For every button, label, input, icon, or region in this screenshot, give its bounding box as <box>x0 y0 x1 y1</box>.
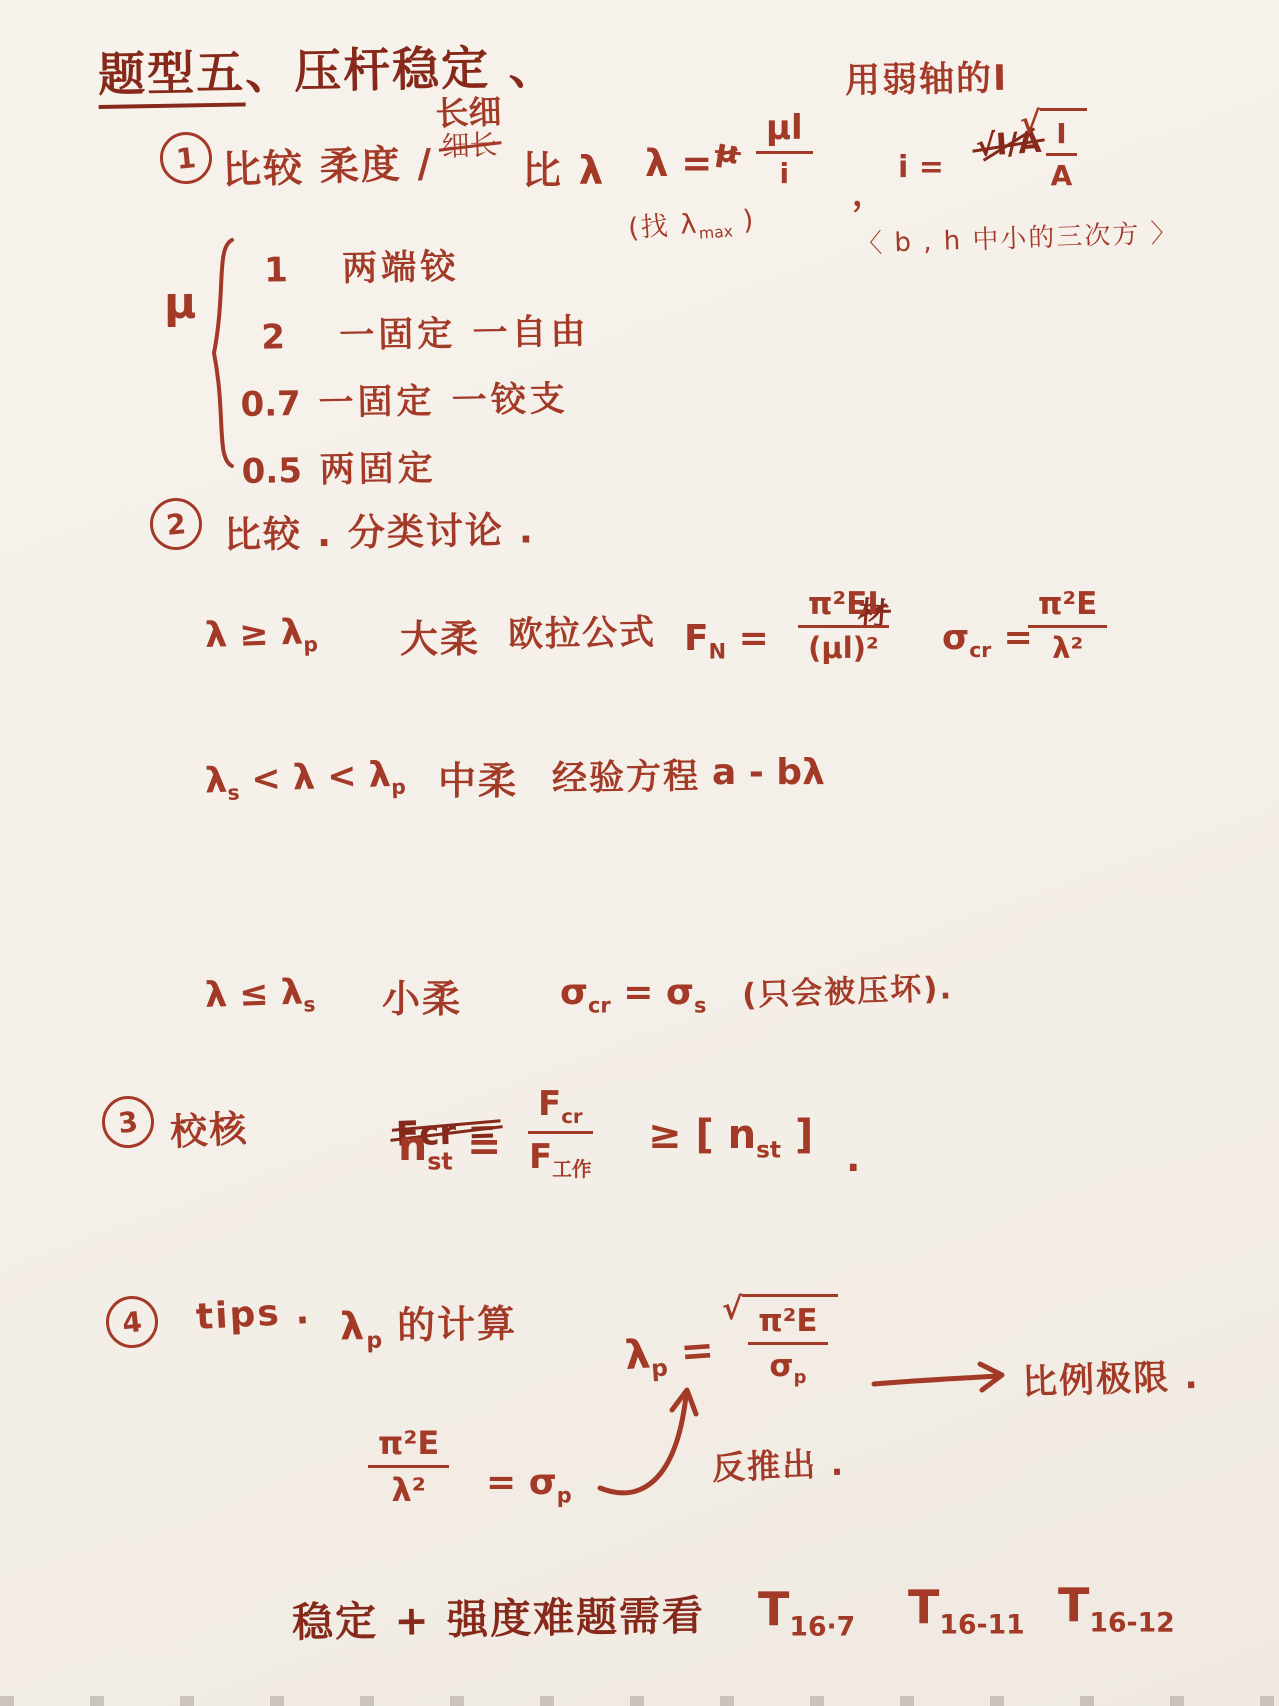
sigma-cr-lhs: σcr = <box>942 618 1033 662</box>
topic-lambda-sub: p <box>366 1329 382 1354</box>
page-title-main: 题型五 <box>98 45 246 109</box>
large-cond-main: λ ≥ λ <box>204 613 303 656</box>
radius-sqrt-num: I <box>1046 117 1076 156</box>
problem-ref: T16-11 <box>908 1580 1025 1641</box>
weak-axis-note: 用弱轴的I <box>845 51 1009 104</box>
notebook-page: 题型五、压杆稳定 、 用弱轴的I 1 比较 柔度 / 长细 细长 比 λ λ =… <box>0 0 1279 1706</box>
mu-row: 0.5 两固定 <box>241 438 592 494</box>
slenderness-eq-lhs: λ = <box>645 142 712 185</box>
radius-sqrt-den: A <box>1051 156 1073 192</box>
inverse-frac-den: λ² <box>391 1468 425 1509</box>
mid-case-condition: λs < λ < λp <box>204 755 406 806</box>
circled-1: 1 <box>157 129 214 186</box>
nst-geq-pre: ≥ [ n <box>648 1112 756 1158</box>
nst-fraction: Fcr F工作 <box>528 1084 593 1182</box>
circled-3: 3 <box>99 1093 156 1150</box>
nst-frac-num: Fcr <box>528 1084 593 1134</box>
sigma-main: σ <box>942 618 969 658</box>
comma: ， <box>852 168 885 215</box>
page-bottom-edge <box>0 1696 1279 1706</box>
circled-4: 4 <box>103 1293 160 1350</box>
lp-eq: = <box>665 1327 716 1376</box>
find-lambda-note: (找 λmax ) <box>627 198 757 248</box>
large-case-name: 大柔 <box>400 608 480 663</box>
small-case-condition: λ ≤ λs <box>204 972 316 1020</box>
inverse-frac-num: π²E <box>368 1424 449 1468</box>
nst-geq-sub: st <box>756 1136 781 1163</box>
tips-label: tips . <box>195 1291 312 1338</box>
euler-F: F <box>684 618 709 659</box>
mid-cond-b: < λ < λ <box>239 755 392 800</box>
lp-sqrt-num: π²E <box>748 1303 827 1345</box>
small-cond-a: λ ≤ λ <box>204 973 303 1016</box>
mid-cond-a-sub: s <box>227 780 240 804</box>
lambda-p-topic: λp 的计算 <box>340 1292 518 1354</box>
sigma-cr-fraction: π²E λ² <box>1028 586 1107 665</box>
mu-row: 0.7 一固定 一铰支 <box>240 371 591 427</box>
inverse-sigma-sub: p <box>557 1483 572 1507</box>
ref-sub: 16·7 <box>789 1612 855 1643</box>
slenderness-fraction: μl i <box>756 108 813 190</box>
empirical-method-label: 经验方程 <box>552 749 701 802</box>
curved-arrow-icon <box>592 1372 704 1504</box>
euler-frac-den: (μl)² <box>808 628 879 665</box>
mid-cond-a: λ <box>204 761 228 802</box>
find-lambda-sub: max <box>698 221 733 242</box>
mu-table: 1 两端铰 2 一固定 一自由 0.7 一固定 一铰支 0.5 两固定 <box>238 237 593 511</box>
small-case-formula: σcr = σs <box>560 972 706 1017</box>
nst-frac-num-main: F <box>538 1084 561 1124</box>
mu-label: 两固定 <box>319 441 437 493</box>
mu-label: 一固定 一铰支 <box>318 371 569 425</box>
slenderness-frac-num: μl <box>756 108 813 154</box>
find-lambda-pre: (找 λ <box>627 209 699 245</box>
sigma-eq: = <box>991 618 1033 658</box>
problem-ref: T16·7 <box>758 1582 855 1643</box>
mu-label: 两端铰 <box>342 239 460 291</box>
radius-eq-lhs: i = <box>898 150 944 185</box>
s2-heading: 比较 . 分类讨论 . <box>224 499 536 558</box>
large-cond-sub: p <box>303 632 318 656</box>
mid-case-name: 中柔 <box>438 750 518 805</box>
inverse-sigma: σ <box>529 1462 557 1503</box>
find-lambda-post: ) <box>731 205 756 238</box>
small-sigma-l: σ <box>560 972 588 1013</box>
radical-icon: √ <box>1020 110 1040 137</box>
mu-symbol: μ <box>164 278 196 329</box>
lambda-p-sqrt: √ π²E σp <box>722 1294 838 1388</box>
ref-sub: 16-12 <box>1089 1608 1174 1639</box>
inverse-eq-sign: = <box>486 1462 529 1503</box>
nst-n: n <box>398 1122 427 1170</box>
mu-value: 2 <box>239 316 340 358</box>
proportional-limit-note: 比例极限 . <box>1021 1349 1200 1405</box>
footer-text: 稳定 + 强度难题需看 <box>292 1582 706 1648</box>
ref-sub: 16-11 <box>939 1610 1024 1641</box>
radius-sqrt: √ I A <box>1020 108 1087 192</box>
topic-lambda: λ <box>340 1304 367 1348</box>
nst-geq-close: ] <box>781 1112 813 1158</box>
small-cond-sub: s <box>303 992 316 1016</box>
inverse-eq: = σp <box>486 1462 572 1507</box>
problem-ref: T16-12 <box>1058 1578 1175 1639</box>
mu-row: 2 一固定 一自由 <box>239 304 590 360</box>
euler-eq: = <box>726 618 769 659</box>
small-sigma-r: σ <box>666 972 694 1013</box>
small-case-note: (只会被压坏). <box>741 962 954 1014</box>
topic-rest: 的计算 <box>381 1301 517 1347</box>
derive-note: 反推出 . <box>711 1438 846 1490</box>
mu-label: 一固定 一自由 <box>339 304 590 358</box>
sigma-sub: cr <box>969 638 991 662</box>
ref-T: T <box>1058 1578 1089 1632</box>
lp-sqrt-den-sub: p <box>794 1367 807 1388</box>
bh-note: 〈 b , h 中小的三次方 〉 <box>855 212 1179 260</box>
mu-value: 1 <box>238 249 343 291</box>
inverse-fraction: π²E λ² <box>368 1424 449 1509</box>
nst-frac-den-sub: 工作 <box>552 1158 591 1181</box>
page-title-rest: 、压杆稳定 、 <box>245 40 558 100</box>
ref-T: T <box>908 1580 939 1634</box>
lp-sqrt-den: σp <box>769 1345 806 1388</box>
euler-F-sub: N <box>709 639 726 663</box>
right-arrow-icon <box>872 1362 1014 1396</box>
section4-number: 4 <box>106 1296 158 1348</box>
empirical-formula: a - bλ <box>712 752 825 793</box>
nst-geq: ≥ [ nst ] <box>648 1112 813 1163</box>
mu-value: 0.5 <box>241 451 320 492</box>
radical-icon: √ <box>722 1296 742 1323</box>
s1-correction-struck: 细长 <box>441 130 498 161</box>
s1-tail: 比 λ <box>522 140 605 196</box>
nst-n-sub: st <box>427 1148 453 1176</box>
slenderness-eq-struck: μ <box>713 132 742 171</box>
small-eq: = <box>611 972 666 1013</box>
s1-correction: 长细 细长 <box>435 95 503 161</box>
lp-sqrt-den-main: σ <box>769 1348 793 1384</box>
sigma-frac-den: λ² <box>1052 628 1083 665</box>
nst-lhs: nst = <box>398 1122 501 1176</box>
euler-force-lhs: FN = <box>684 618 769 663</box>
nst-frac-den-main: F <box>529 1137 552 1177</box>
s1-lead: 比较 柔度 / <box>221 132 434 195</box>
circled-2: 2 <box>147 495 204 552</box>
small-case-name: 小柔 <box>382 968 462 1023</box>
nst-period: . <box>846 1136 860 1180</box>
slenderness-frac-den: i <box>780 154 790 190</box>
section1-number: 1 <box>160 132 212 184</box>
large-case-condition: λ ≥ λp <box>204 612 318 660</box>
check-label: 校核 <box>169 1098 250 1156</box>
s1-correction-above: 长细 <box>435 95 502 132</box>
nst-eq: = <box>453 1122 502 1170</box>
euler-fraction: π²EI (μl)² <box>798 586 889 665</box>
section3-number: 3 <box>102 1096 154 1148</box>
mu-row: 1 两端铰 <box>238 237 589 293</box>
sigma-frac-num: π²E <box>1028 586 1107 628</box>
euler-method-label: 欧拉公式 <box>508 605 657 658</box>
nst-frac-den: F工作 <box>529 1134 592 1182</box>
small-sigma-l-sub: cr <box>588 993 611 1017</box>
nst-frac-num-sub: cr <box>561 1105 582 1128</box>
mu-value: 0.7 <box>240 384 319 425</box>
small-sigma-r-sub: s <box>694 993 706 1017</box>
section2-number: 2 <box>150 498 202 550</box>
ref-T: T <box>758 1582 789 1636</box>
mid-cond-b-sub: p <box>391 775 406 799</box>
brace-icon <box>202 236 238 470</box>
euler-frac-num: π²EI <box>798 586 889 628</box>
